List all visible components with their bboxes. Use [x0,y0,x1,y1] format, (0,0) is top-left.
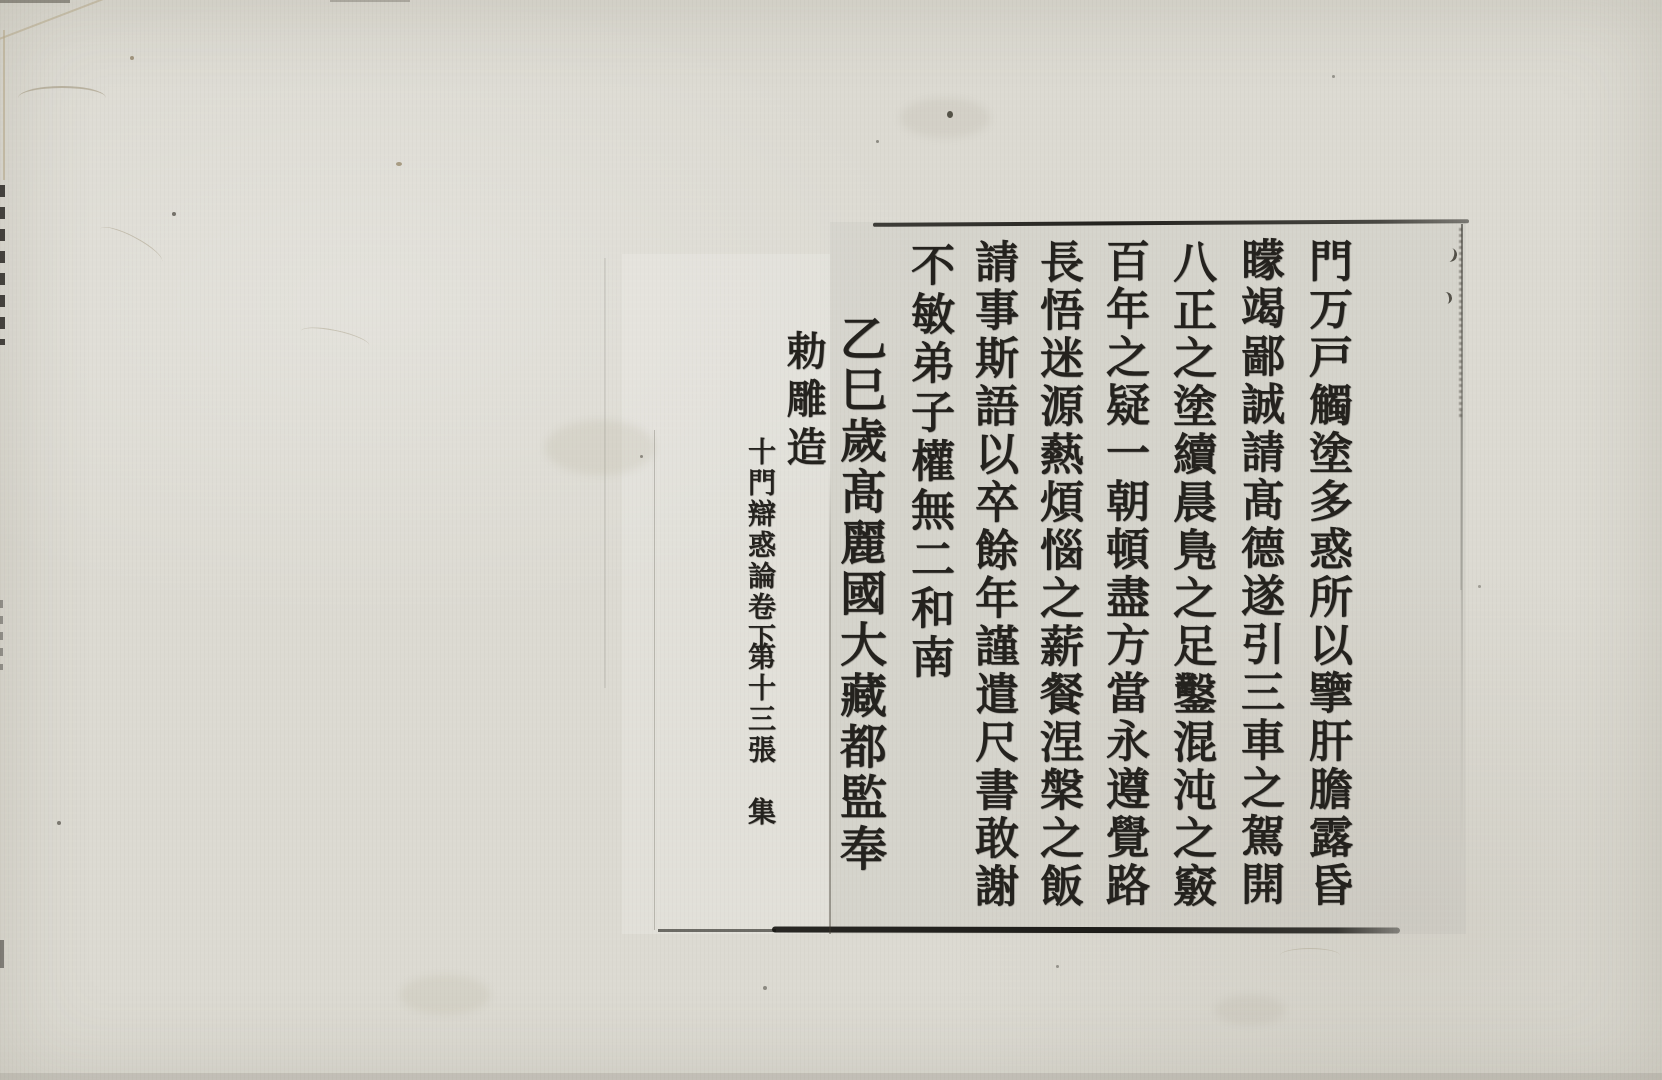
volume-title-column: 十門辯惑論卷下 [742,437,778,654]
ink-speck [876,140,879,143]
paper-stain [545,420,655,475]
page-edge-mark [3,30,5,180]
text-column-2: 矇竭鄙誠請髙德遂引三車之駕開 [1232,237,1284,909]
paper-fiber [299,323,371,354]
paper-speck [396,162,402,166]
colophon-date-column: 乙巳歲髙麗國大藏都監奉 [832,314,886,875]
ink-mark [1443,247,1458,263]
page-edge-mark [330,0,410,2]
page-edge-mark [0,940,4,968]
paper-crease-right-extension [1460,410,1462,590]
page-edge-mark [0,600,3,670]
text-column-4: 百年之疑一朝頓盡方當永遵覺路 [1097,238,1149,910]
ink-speck [763,986,767,990]
text-column-7: 不敏弟子權無二和南 [902,242,954,683]
paper-seam-left [654,430,655,930]
page-edge-mark [0,0,70,3]
text-column-5: 長悟迷源爇煩惱之薪餐涅槃之飯 [1031,239,1083,911]
corner-fold-line [0,0,105,42]
paper-stain [400,975,490,1015]
paper-stain [1215,995,1285,1025]
block-border-right [1461,224,1463,864]
ink-speck [947,111,953,118]
paper-speck [130,56,134,60]
page-edge-shadow [0,1073,1662,1080]
block-border-bottom [772,926,1400,933]
ink-speck [172,212,176,216]
paper-stain [900,98,990,138]
text-column-6: 請事斯語以卒餘年謹遣尺書敢謝 [966,239,1018,911]
text-column-1: 門万戸觸塗多惑所以擥肝膽露昏 [1300,238,1352,910]
block-border-top [873,219,1469,227]
manuscript-page: 門万戸觸塗多惑所以擥肝膽露昏 矇竭鄙誠請髙德遂引三車之駕開 八正之塗續晨鳬之足鑿… [0,0,1662,1080]
text-column-3: 八正之塗續晨鳬之足鑿混沌之竅 [1164,239,1216,911]
ink-speck [57,821,61,825]
block-border-bottom-left-segment [658,929,776,932]
ink-speck [1056,965,1059,968]
ink-mark [1440,291,1453,304]
paper-fiber [18,86,106,110]
paper-seam-middle [829,470,831,934]
paper-crease-right [1459,228,1462,418]
paper-crease [604,258,606,688]
sheet-number-column: 第十三張 [742,642,778,766]
ink-speck [640,455,643,458]
page-edge-mark [0,185,5,345]
colophon-edict-column: 勅雕造 [779,330,827,474]
ink-speck [1478,585,1481,588]
paper-fiber [96,221,167,271]
case-marker-column: 集 [742,797,778,828]
paper-fiber [1280,948,1340,963]
ink-speck [1332,75,1335,78]
